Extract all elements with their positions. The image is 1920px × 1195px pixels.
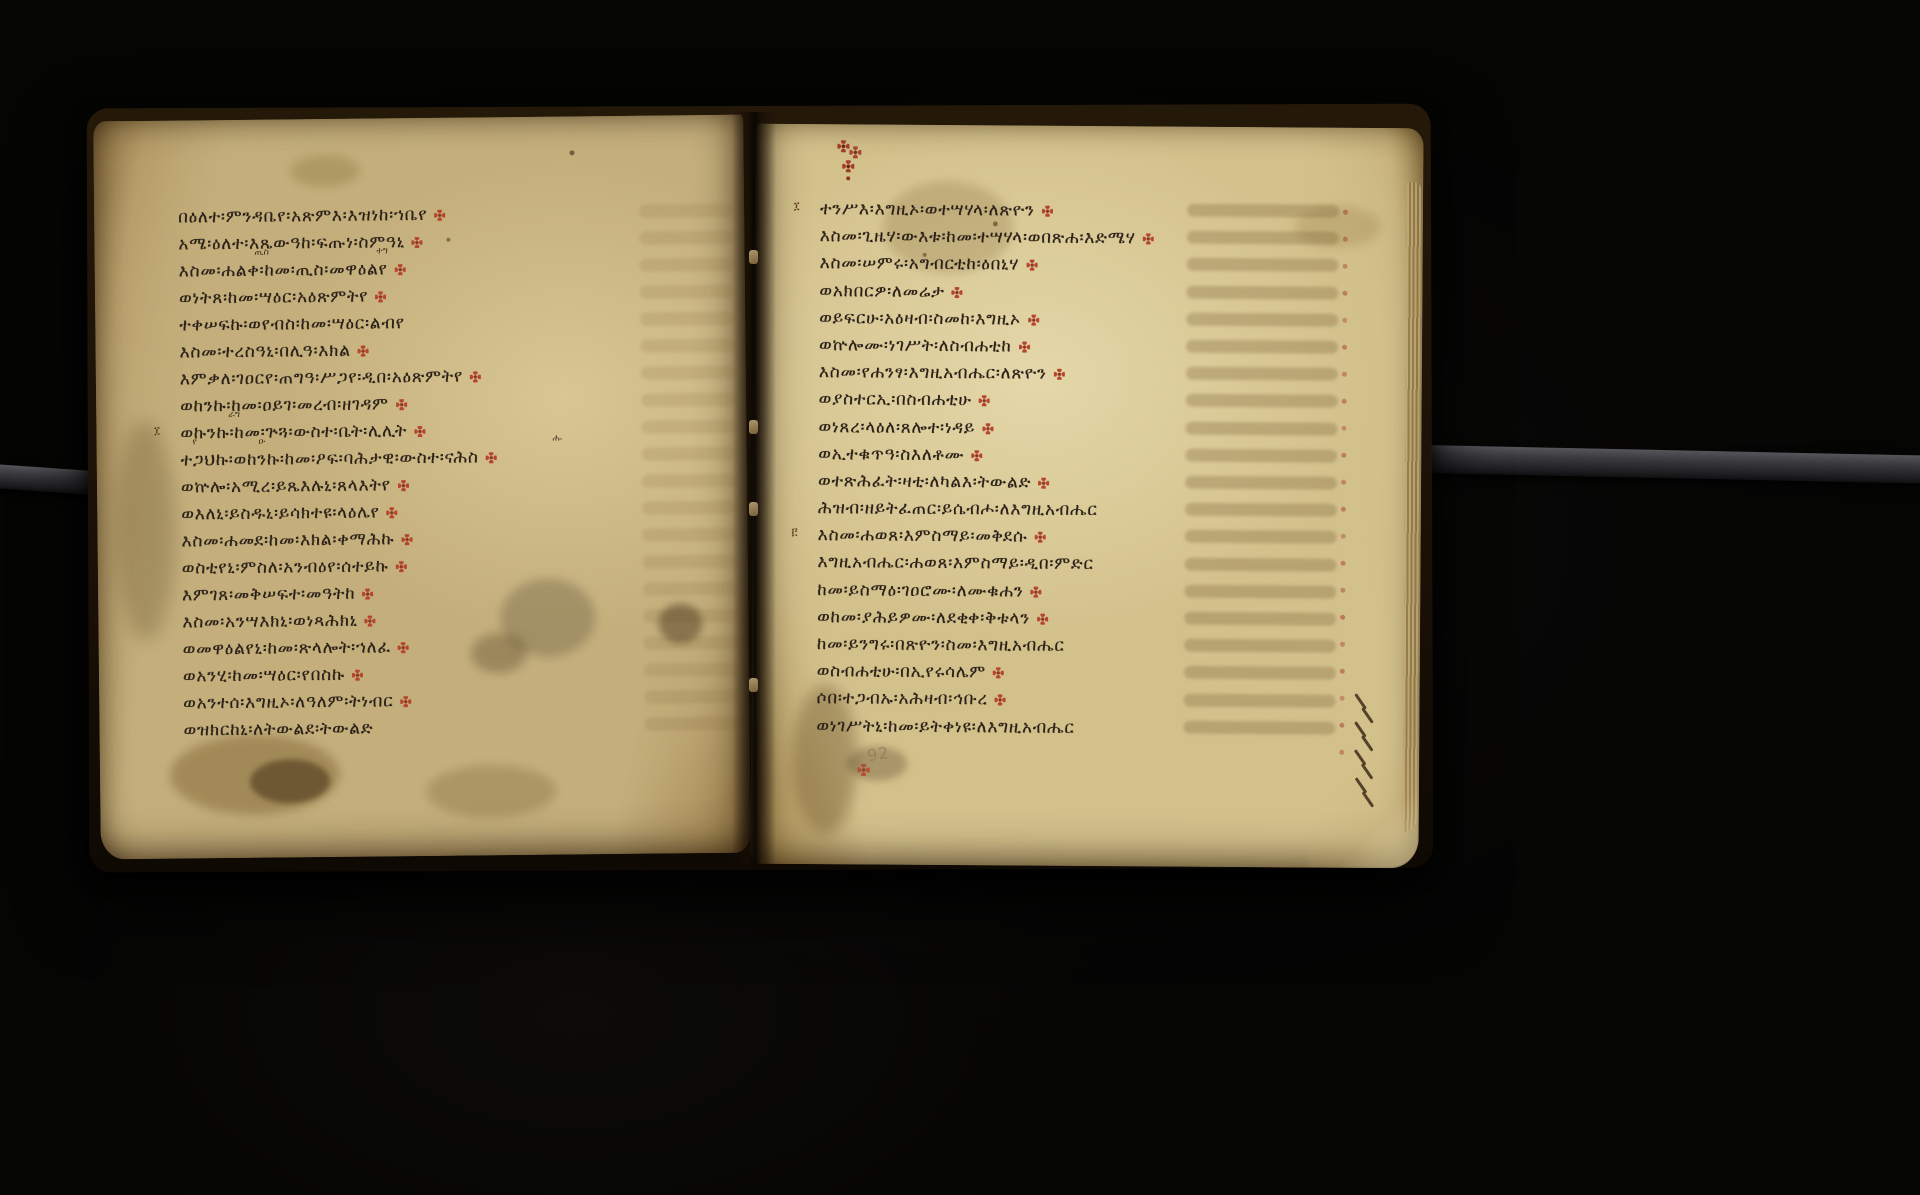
manuscript-line: ወኢተቁጥዓ፡ስእለቶሙ <box>818 441 1378 472</box>
geez-text: ከመ፡ይስማዕ፡ገዐሮሙ፡ለሙቁሐን <box>817 580 1023 601</box>
interlinear-correction: የ <box>192 438 197 447</box>
geez-text: ወኵሎ፡አሚረ፡ይጼእሉኒ፡ጸላእትየ <box>181 475 391 497</box>
line-end-cross-icon <box>1054 369 1065 380</box>
geez-text: እስመ፡ጊዜሃ፡ውእቱ፡ከመ፡ተሣሃላ፡ወበጽሐ፡እድሜሃ <box>820 226 1136 248</box>
geez-text: ወእለኒ፡ይስዱኒ፡ይሳክተዩ፡ላዕሌየ <box>181 502 380 524</box>
photograph-canvas: በዕለተ፡ምንዳቤየ፡አጽምእ፡እዝነከ፡ኀቤየአሜ፡ዕለተ፡እጼውዓከ፡ፍጡነ… <box>0 0 1920 1195</box>
margin-section-mark: ፲ <box>154 426 160 438</box>
line-end-cross-icon <box>362 589 373 600</box>
binding-stitch <box>749 502 758 516</box>
red-cross-ornament-icon <box>835 138 865 186</box>
manuscript-line: ከመ፡ይስማዕ፡ገዐሮሙ፡ለሙቁሐን <box>817 577 1377 608</box>
page-corner-curl <box>1308 738 1419 869</box>
left-text-block: በዕለተ፡ምንዳቤየ፡አጽምእ፡እዝነከ፡ኀቤየአሜ፡ዕለተ፡እጼውዓከ፡ፍጡነ… <box>178 199 684 744</box>
manuscript-line: እስመ፡ሐወጸ፡እምስማይ፡መቅደሱ <box>818 522 1378 553</box>
geez-text: ተንሥእ፡እግዚኦ፡ወተሣሃላ፡ለጽዮን <box>820 199 1035 220</box>
geez-text: ወያስተርኢ፡በስብሐቲሁ <box>819 389 972 410</box>
line-end-cross-icon <box>979 396 990 407</box>
manuscript-line: ተንሥእ፡እግዚኦ፡ወተሣሃላ፡ለጽዮን <box>820 196 1380 227</box>
geez-text: እስመ፡አንሣእክኒ፡ወነጻሕክኒ <box>182 611 358 633</box>
geez-text: ወነገሥትኒ፡ከመ፡ይትቀነዩ፡ለእግዚአብሔር <box>816 716 1074 738</box>
geez-text: ወአክበርዎ፡ለመሬታ <box>819 281 944 302</box>
geez-text: አሜ፡ዕለተ፡እጼውዓከ፡ፍጡነ፡ስምዓኒ <box>178 232 405 254</box>
manuscript-line: ወያስተርኢ፡በስብሐቲሁ <box>819 386 1379 417</box>
line-end-cross-icon <box>1143 234 1154 245</box>
geez-text: እስመ፡ሠምሩ፡አግብርቲከ፡ዕበኒሃ <box>820 254 1020 275</box>
manuscript-line: እስመ፡ጊዜሃ፡ውእቱ፡ከመ፡ተሣሃላ፡ወበጽሐ፡እድሜሃ <box>820 223 1380 254</box>
geez-text: ወአንተሰ፡እግዚኦ፡ለዓለም፡ትነብር <box>183 691 393 713</box>
geez-text: እግዚአብሔር፡ሐወጸ፡እምስማይ፡ዲበ፡ምድር <box>817 553 1093 575</box>
book-cradle-clamp-right <box>1396 444 1920 483</box>
parchment-stain <box>290 155 360 188</box>
line-end-cross-icon <box>396 399 407 410</box>
geez-text: ወኩንኩ፡ከመ፡ጕጓ፡ውስተ፡ቤት፡ሊሊት <box>180 421 407 443</box>
binding-stitch <box>749 250 758 264</box>
line-end-cross-icon <box>398 642 409 653</box>
line-end-cross-icon <box>1028 314 1039 325</box>
folio-number-pencil: 92 <box>866 743 891 765</box>
manuscript-line: ወስብሐቲሁ፡በኢየሩሳሌም <box>817 658 1377 689</box>
line-end-cross-icon <box>1037 613 1048 624</box>
line-end-cross-icon <box>1038 478 1049 489</box>
right-text-block: ተንሥእ፡እግዚኦ፡ወተሣሃላ፡ለጽዮንእስመ፡ጊዜሃ፡ውእቱ፡ከመ፡ተሣሃላ፡… <box>816 196 1380 744</box>
line-end-cross-icon <box>982 423 993 434</box>
manuscript-line: እግዚአብሔር፡ሐወጸ፡እምስማይ፡ዲበ፡ምድር <box>817 550 1377 581</box>
geez-text: ወነጸረ፡ላዕለ፡ጸሎተ፡ነዳይ <box>818 417 975 438</box>
right-page: 92 ተንሥእ፡እግዚኦ፡ወተሣሃላ፡ለጽዮንእስመ፡ጊዜሃ፡ውእቱ፡ከመ፡ተሣ… <box>750 124 1423 869</box>
line-end-cross-icon <box>387 507 398 518</box>
line-end-cross-icon <box>993 668 1004 679</box>
book-gutter <box>732 112 776 864</box>
geez-text: እስመ፡ሐልቀ፡ከመ፡ጢስ፡መዋዕልየ <box>179 259 388 281</box>
fore-edge-page-stack <box>1403 182 1422 832</box>
line-end-cross-icon <box>401 534 412 545</box>
line-end-cross-icon <box>358 346 369 357</box>
manuscript-line: ወከመ፡ያሕይዎሙ፡ለደቂቀ፡ቅቱላን <box>817 604 1377 635</box>
interlinear-correction: ጢስ <box>254 249 268 258</box>
geez-text: ወዝክርከኒ፡ለትውልደ፡ትውልድ <box>183 719 373 741</box>
line-end-cross-icon <box>1026 260 1037 271</box>
manuscript-line: ወተጽሕፈት፡ዛቲ፡ለካልእ፡ትውልድ <box>818 468 1378 499</box>
line-end-cross-icon <box>365 615 376 626</box>
interlinear-correction: ተግ <box>376 247 387 256</box>
geez-text: ወመዋዕልየኒ፡ከመ፡ጽላሎት፡ኀለፈ <box>183 637 392 659</box>
line-end-cross-icon <box>1042 206 1053 217</box>
left-page: በዕለተ፡ምንዳቤየ፡አጽምእ፡እዝነከ፡ኀቤየአሜ፡ዕለተ፡እጼውዓከ፡ፍጡነ… <box>93 115 751 860</box>
margin-section-mark: ፫ <box>792 527 798 539</box>
line-end-cross-icon <box>375 291 386 302</box>
line-end-cross-icon <box>995 695 1006 706</box>
geez-text: ወነትጸ፡ከመ፡ሣዕር፡አዕጽምትየ <box>179 287 369 309</box>
geez-text: እስመ፡የሐንፃ፡እግዚአብሔር፡ለጽዮን <box>819 362 1047 384</box>
geez-text: ተጋህኩ፡ወከንኩ፡ከመ፡ዖፍ፡ባሕታዊ፡ውስተ፡ናሕስ <box>181 447 479 470</box>
manuscript-line: ወነጸረ፡ላዕለ፡ጸሎተ፡ነዳይ <box>818 414 1378 445</box>
manuscript-line: ወአክበርዎ፡ለመሬታ <box>819 278 1379 309</box>
manuscript-line: እስመ፡የሐንፃ፡እግዚአብሔር፡ለጽዮን <box>819 359 1379 390</box>
line-end-cross-icon <box>1031 586 1042 597</box>
line-end-cross-icon <box>1019 341 1030 352</box>
geez-text: ወስቲየኒ፡ምስለ፡አንብዕየ፡ሰተይኩ <box>182 556 389 578</box>
interlinear-correction: ዑ <box>258 438 265 447</box>
line-end-cross-icon <box>398 480 409 491</box>
geez-text: ወከመ፡ያሕይዎሙ፡ለደቂቀ፡ቅቱላን <box>817 607 1030 628</box>
line-end-cross-icon <box>414 426 425 437</box>
geez-text: እስመ፡ተረስዓኒ፡በሊዓ፡እክል <box>179 341 350 363</box>
geez-text: ወስብሐቲሁ፡በኢየሩሳሌም <box>817 661 986 682</box>
interlinear-correction: ሑ <box>552 435 561 444</box>
geez-text: ሶበ፡ተጋብኡ፡አሕዛብ፡ኅቡረ <box>817 688 988 709</box>
line-end-cross-icon <box>1034 532 1045 543</box>
geez-text: እስመ፡ሐመደ፡ከመ፡እክል፡ቀማሕኩ <box>181 529 394 551</box>
line-end-cross-icon <box>400 696 411 707</box>
line-end-cross-icon <box>352 670 363 681</box>
parchment-stain <box>426 765 557 818</box>
folio-cross-icon <box>857 764 869 776</box>
margin-section-mark: ፲ <box>794 201 800 213</box>
line-end-cross-icon <box>395 264 406 275</box>
manuscript-line: ወዝክርከኒ፡ለትውልደ፡ትውልድ <box>183 712 683 744</box>
geez-text: ወአንሂ፡ከመ፡ሣዕር፡የበስኩ <box>183 665 345 687</box>
speck <box>569 150 574 155</box>
manuscript-line: ሕዝብ፡ዘይትፈጠር፡ይሴብሖ፡ለእግዚአብሔር <box>818 495 1378 526</box>
interlinear-correction: ራግ <box>228 411 240 420</box>
geez-text: በዕለተ፡ምንዳቤየ፡አጽምእ፡እዝነከ፡ኀቤየ <box>178 205 428 228</box>
line-end-cross-icon <box>412 237 423 248</box>
geez-text: ወከንኩ፡ከመ፡ዐይገ፡መረብ፡ዘገዳም <box>180 394 389 416</box>
manuscript-line: እስመ፡ሠምሩ፡አግብርቲከ፡ዕበኒሃ <box>820 251 1380 282</box>
line-end-cross-icon <box>486 452 497 463</box>
geez-text: ወኵሎሙ፡ነገሥት፡ለስብሐቲከ <box>819 335 1012 356</box>
line-end-cross-icon <box>470 371 481 382</box>
line-end-cross-icon <box>395 561 406 572</box>
manuscript-line: ወነገሥትኒ፡ከመ፡ይትቀነዩ፡ለእግዚአብሔር <box>816 713 1376 744</box>
geez-text: ከመ፡ይንግሩ፡በጽዮን፡ስመ፡እግዚአብሔር <box>817 634 1065 656</box>
geez-text: እምገጸ፡መቅሠፍተ፡መዓትከ <box>182 584 355 606</box>
line-end-cross-icon <box>952 287 963 298</box>
binding-stitch <box>749 678 758 692</box>
manuscript-line: ወይፍርሁ፡አዕዛብ፡ስመከ፡እግዚኦ <box>819 305 1379 336</box>
geez-text: ሕዝብ፡ዘይትፈጠር፡ይሴብሖ፡ለእግዚአብሔር <box>818 498 1098 520</box>
manuscript-line: ወኵሎሙ፡ነገሥት፡ለስብሐቲከ <box>819 332 1379 363</box>
line-end-cross-icon <box>971 450 982 461</box>
geez-text: ተቀሠፍኩ፡ወየብስ፡ከመ፡ሣዕር፡ልብየ <box>179 313 405 335</box>
parchment-stain <box>114 421 176 642</box>
geez-text: ወኢተቁጥዓ፡ስእለቶሙ <box>818 444 964 465</box>
geez-text: ወተጽሕፈት፡ዛቲ፡ለካልእ፡ትውልድ <box>818 471 1031 492</box>
manuscript-line: ሶበ፡ተጋብኡ፡አሕዛብ፡ኅቡረ <box>816 685 1376 716</box>
geez-text: ወይፍርሁ፡አዕዛብ፡ስመከ፡እግዚኦ <box>819 308 1021 329</box>
geez-text: እምቃለ፡ገዐርየ፡ጠግዓ፡ሥጋየ፡ዲበ፡አዕጽምትየ <box>180 367 463 390</box>
line-end-cross-icon <box>434 210 445 221</box>
binding-stitch <box>749 420 758 434</box>
geez-text: እስመ፡ሐወጸ፡እምስማይ፡መቅደሱ <box>818 525 1028 546</box>
manuscript-line: ከመ፡ይንግሩ፡በጽዮን፡ስመ፡እግዚአብሔር <box>817 631 1377 662</box>
